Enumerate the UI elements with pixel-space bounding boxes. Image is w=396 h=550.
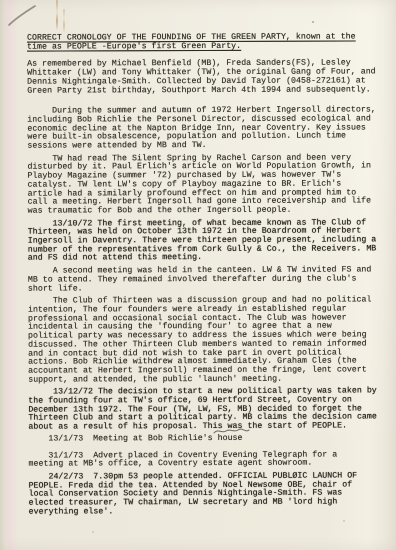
paragraph-13-1-73-meeting: 13/1/73 Meeting at Bob Richlie's house [28, 434, 384, 444]
paragraph-summer-autumn-1972: During the summer and autumn of 1972 Her… [27, 107, 383, 152]
scanned-document-page: CORRECT CRONOLOGY OF THE FOUNDING OF THE… [0, 0, 396, 550]
speck-mark [92, 531, 94, 533]
paragraph-club-of-thirteen: The Club of Thirteen was a discussion gr… [28, 297, 384, 385]
title-line-2: time as PEOPLE -Europe's first Green Par… [27, 42, 383, 52]
speck-mark [343, 520, 345, 522]
paragraph-31-1-73-advert: 31/1/73 Advert placed in Coventry Evenin… [28, 451, 384, 470]
paragraph-attribution: As remembered by Michael Benfield (MB), … [27, 60, 383, 96]
document-body: CORRECT CRONOLOGY OF THE FOUNDING OF THE… [27, 33, 385, 517]
paragraph-13-10-72-first-meeting: 13/10/72 The first meeting, of what beca… [28, 219, 384, 264]
pencil-slash-mark [5, 3, 39, 29]
paragraph-13-12-72-decision: 13/12/72 The decision to start a new pol… [28, 388, 384, 433]
paragraph-24-2-73-launch: 24/2/73 7.30pm 53 people attended. OFFIC… [29, 472, 385, 517]
speck-mark [312, 21, 314, 23]
document-title: CORRECT CRONOLOGY OF THE FOUNDING OF THE… [27, 33, 383, 52]
rust-stain [56, 0, 58, 30]
paragraph-silent-spring: TW had read The Silent Spring by Rachel … [27, 154, 383, 216]
paragraph-second-meeting: A second meeting was held in the canteen… [28, 267, 384, 294]
rust-stain [63, 9, 65, 32]
